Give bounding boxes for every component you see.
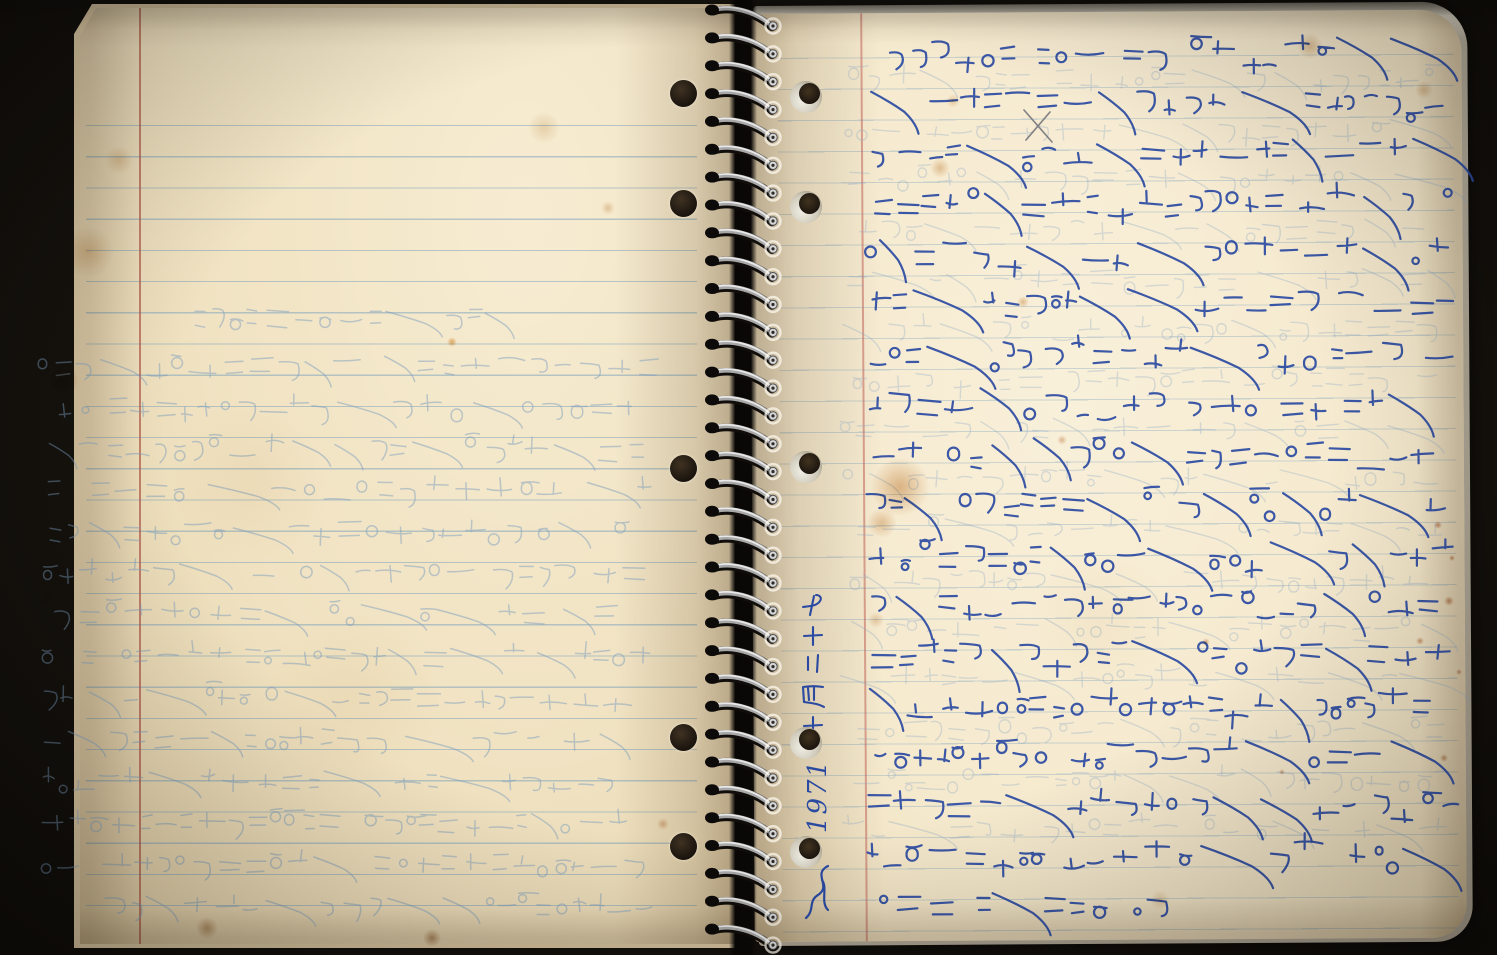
left-page-shading [80, 8, 735, 944]
age-stain [38, 589, 56, 607]
notebook-photo: 1971 [0, 0, 1497, 955]
right-page-shading [749, 10, 1467, 942]
age-stain [46, 364, 78, 396]
left-page [80, 8, 735, 944]
right-page [749, 10, 1467, 942]
spiral-coils [688, 0, 808, 955]
